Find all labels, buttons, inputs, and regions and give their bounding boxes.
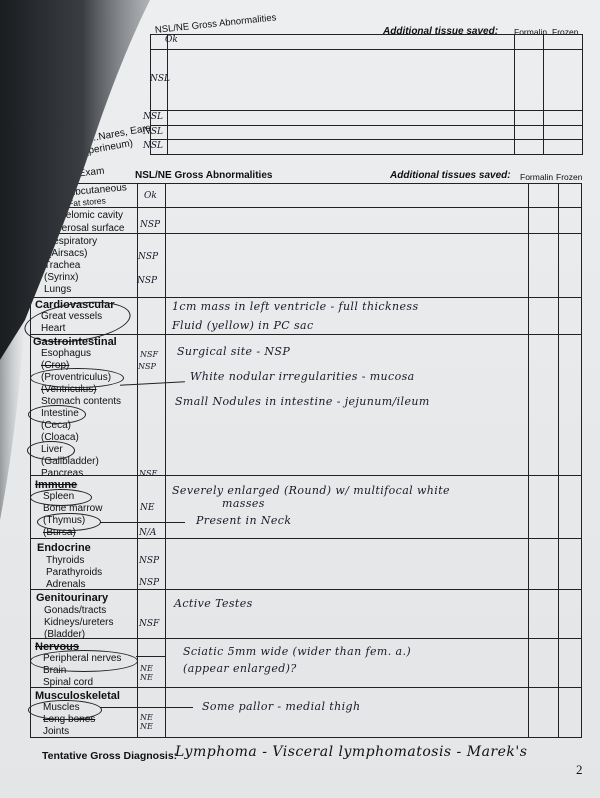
item-parathyroids: Parathyroids xyxy=(46,567,102,579)
status-coelomic: NSP xyxy=(140,220,160,230)
system-genitourinary: Genitourinary xyxy=(36,592,108,604)
header-col: NSL/NE Gross Abnormalities xyxy=(135,170,272,181)
system-respiratory: Respiratory xyxy=(46,236,97,248)
top-table xyxy=(150,34,583,155)
note-musculo: Some pallor - medial thigh xyxy=(202,700,360,713)
status-respiratory-2: NSP xyxy=(137,276,157,286)
circle-mark xyxy=(30,489,92,506)
arrow-line xyxy=(100,707,193,708)
item-adrenals: Adrenals xyxy=(46,579,85,591)
circle-mark xyxy=(37,513,101,531)
header-formalin: Formalin xyxy=(520,172,553,182)
note-immune-2: masses xyxy=(222,497,265,510)
item-airsacs: (Airsacs) xyxy=(48,248,87,260)
status-musculo-1: NE xyxy=(140,713,153,722)
note-immune-1: Severely enlarged (Round) w/ multifocal … xyxy=(172,484,450,497)
circle-mark xyxy=(28,405,86,424)
note-gi-1: Surgical site - NSP xyxy=(177,345,290,358)
form-page: NSL/NE Gross Abnormalities Additional ti… xyxy=(0,0,600,798)
note-immune-3: Present in Neck xyxy=(196,514,291,527)
status-nervous-2: NE xyxy=(140,673,153,682)
note-nervous-1: Sciatic 5mm wide (wider than fem. a.) xyxy=(183,645,411,658)
note-cardio-2: Fluid (yellow) in PC sac xyxy=(172,319,314,332)
status-endocrine-1: NSP xyxy=(139,556,159,566)
top-status-2: NSL xyxy=(150,74,170,84)
item-esophagus: Esophagus xyxy=(41,348,91,360)
top-status-3: NSL xyxy=(143,112,163,122)
item-trachea: Trachea xyxy=(44,260,80,272)
circle-mark xyxy=(30,368,124,388)
circle-mark xyxy=(30,650,138,672)
item-spinal-cord: Spinal cord xyxy=(43,677,93,689)
status-gi-1: NSF xyxy=(140,350,158,359)
header-tissues: Additional tissues saved: xyxy=(390,170,511,181)
status-nervous-1: NE xyxy=(140,664,153,673)
top-status-1: Ok xyxy=(165,35,178,45)
status-immune-2: N/A xyxy=(139,528,156,538)
item-serosal-surface: Serosal surface xyxy=(55,223,124,235)
top-status-5: NSL xyxy=(143,141,163,151)
item-thyroids: Thyroids xyxy=(46,555,84,567)
system-coelomic: Coelomic cavity xyxy=(53,210,123,222)
status-gi-3: NSF xyxy=(139,469,157,478)
header-frozen: Frozen xyxy=(556,172,582,182)
top-header-col: NSL/NE Gross Abnormalities xyxy=(154,12,276,36)
item-lungs: Lungs xyxy=(44,284,71,296)
diagnosis-value: Lymphoma - Visceral lymphomatosis - Mare… xyxy=(175,744,527,760)
item-syrinx: (Syrinx) xyxy=(44,272,78,284)
status-gi-2: NSP xyxy=(138,362,156,371)
note-gi-2: White nodular irregularities - mucosa xyxy=(190,370,415,383)
status-musculo-2: NE xyxy=(140,722,153,731)
note-cardio-1: 1cm mass in left ventricle - full thickn… xyxy=(172,300,419,313)
item-kidneys: Kidneys/ureters xyxy=(44,617,113,629)
pointer-line xyxy=(136,656,166,657)
note-nervous-2: (appear enlarged)? xyxy=(183,662,297,675)
note-gi-3: Small Nodules in intestine - jejunum/ile… xyxy=(175,395,430,408)
status-genitourinary: NSF xyxy=(139,619,159,629)
pointer-line xyxy=(100,522,185,523)
item-bladder: (Bladder) xyxy=(44,629,85,641)
diagnosis-label: Tentative Gross Diagnosis: xyxy=(42,750,177,762)
system-endocrine: Endocrine xyxy=(37,542,91,554)
status-subcutaneous: Ok xyxy=(144,191,157,201)
header-exam: ...al Exam xyxy=(60,166,105,182)
item-joints: Joints xyxy=(43,726,69,738)
page-number: 2 xyxy=(576,762,583,778)
circle-mark xyxy=(28,700,102,720)
item-gonads: Gonads/tracts xyxy=(44,605,106,617)
status-respiratory-1: NSP xyxy=(138,252,158,262)
note-genitourinary: Active Testes xyxy=(174,597,253,610)
circle-mark xyxy=(27,441,75,460)
status-endocrine-2: NSP xyxy=(139,578,159,588)
status-immune-1: NE xyxy=(140,503,154,513)
system-gastrointestinal: Gastrointestinal xyxy=(33,336,117,348)
